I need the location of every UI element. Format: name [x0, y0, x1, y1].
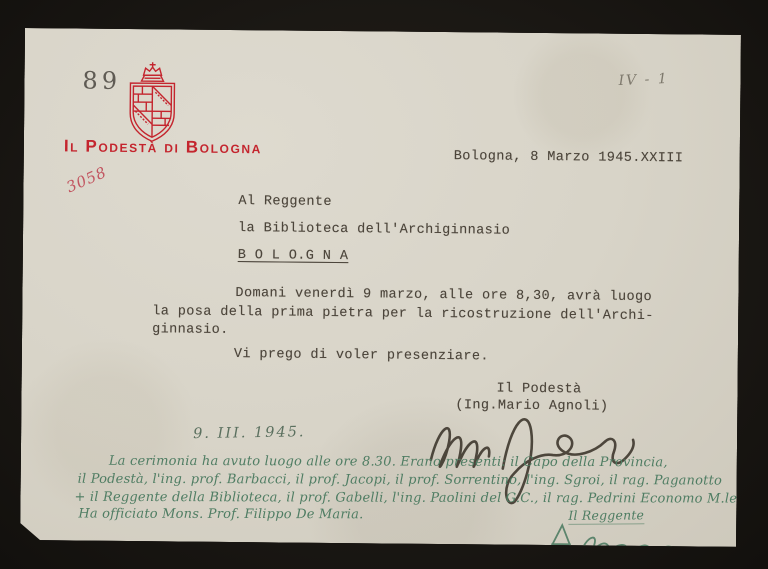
recipient-city: B O L O.G N A	[238, 248, 349, 264]
annotation-date: 9. III. 1945.	[193, 424, 306, 442]
signature-title: Il Podestà	[496, 382, 581, 398]
letter-sheet: 89	[20, 28, 741, 547]
archive-number-stamp: 89	[82, 67, 121, 95]
photographed-letter-scene: 89	[0, 0, 768, 569]
annotation-line-3: + il Reggente della Biblioteca, il prof.…	[74, 490, 741, 507]
body-line-2: la posa della prima pietra per la ricost…	[152, 304, 654, 324]
body-line-1: Domani venerdì 9 marzo, alle ore 8,30, a…	[235, 286, 652, 305]
bologna-coat-of-arms-icon	[122, 61, 183, 146]
letterhead-title: Il Podestà di Bologna	[64, 136, 262, 158]
protocol-number-handwritten: 3058	[64, 163, 110, 196]
annotation-line-2: il Podestà, l'ing. prof. Barbacci, il pr…	[78, 472, 722, 489]
dateline: Bologna, 8 Marzo 1945.XXIII	[454, 149, 684, 166]
reggente-autograph-signature	[540, 517, 752, 565]
body-line-3: ginnasio.	[152, 322, 229, 338]
closing-line: Vi prego di voler presenziare.	[234, 347, 489, 364]
annotation-line-4: Ha officiato Mons. Prof. Filippo De Mari…	[78, 507, 363, 523]
recipient-line-2: la Biblioteca dell'Archiginnasio	[238, 221, 510, 239]
corner-pencil-mark: IV - 1	[618, 71, 669, 89]
annotation-line-1: La cerimonia ha avuto luogo alle ore 8.3…	[109, 454, 668, 470]
recipient-line-1: Al Reggente	[238, 194, 332, 210]
